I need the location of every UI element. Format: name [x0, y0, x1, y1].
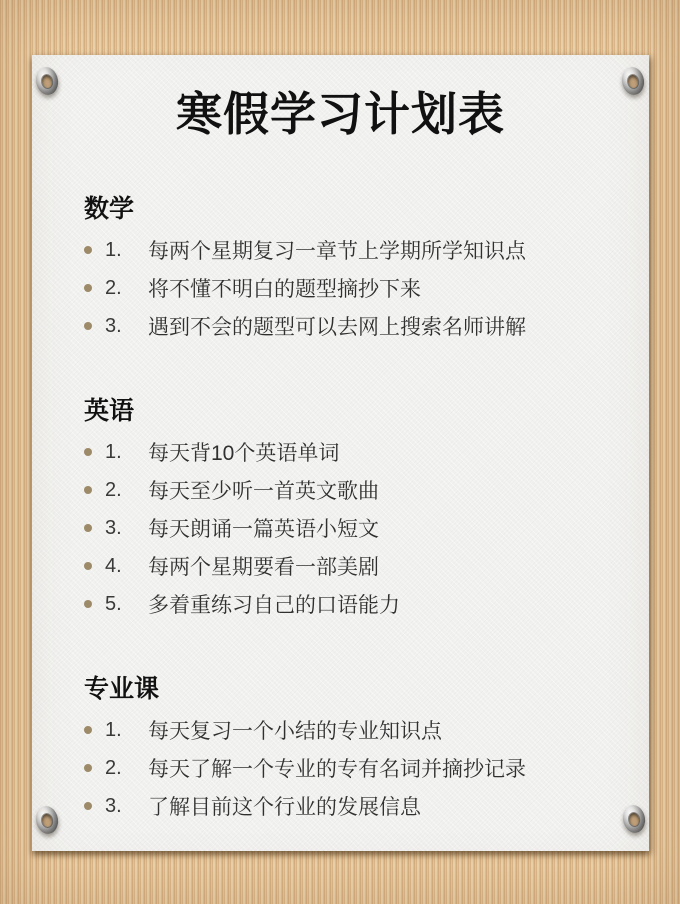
list-item: 2. 将不懂不明白的题型摘抄下来 — [84, 269, 613, 307]
item-text: 多着重练习自己的口语能力 — [148, 589, 400, 619]
item-number: 3. — [105, 315, 148, 338]
item-number: 1. — [105, 239, 148, 262]
item-text: 每两个星期复习一章节上学期所学知识点 — [148, 235, 526, 265]
item-text: 了解目前这个行业的发展信息 — [148, 791, 421, 821]
bullet-icon — [84, 726, 92, 734]
item-text: 每天至少听一首英文歌曲 — [148, 475, 379, 505]
plan-section: 英语 1. 每天背10个英语单词 2. 每天至少听一首英文歌曲 3. 每天朗诵一… — [84, 395, 613, 623]
list-item: 3. 了解目前这个行业的发展信息 — [84, 787, 613, 825]
item-number: 1. — [105, 441, 148, 464]
bullet-icon — [84, 524, 92, 532]
item-text: 每天朗诵一篇英语小短文 — [148, 513, 379, 543]
item-number: 3. — [105, 795, 148, 818]
item-text: 遇到不会的题型可以去网上搜索名师讲解 — [148, 311, 526, 341]
bullet-icon — [84, 322, 92, 330]
bullet-icon — [84, 246, 92, 254]
list-item: 4. 每两个星期要看一部美剧 — [84, 547, 613, 585]
item-text: 每天背10个英语单词 — [148, 437, 339, 467]
list-item: 1. 每两个星期复习一章节上学期所学知识点 — [84, 231, 613, 269]
section-list: 1. 每天背10个英语单词 2. 每天至少听一首英文歌曲 3. 每天朗诵一篇英语… — [84, 433, 613, 623]
list-item: 1. 每天复习一个小结的专业知识点 — [84, 711, 613, 749]
plan-paper-sheet: 寒假学习计划表 数学 1. 每两个星期复习一章节上学期所学知识点 2. 将不懂不… — [32, 55, 649, 851]
bullet-icon — [84, 764, 92, 772]
item-text: 每两个星期要看一部美剧 — [148, 551, 379, 581]
item-number: 4. — [105, 555, 148, 578]
bullet-icon — [84, 802, 92, 810]
page-title: 寒假学习计划表 — [32, 83, 649, 145]
bullet-icon — [84, 600, 92, 608]
section-heading: 英语 — [84, 395, 613, 427]
bullet-icon — [84, 448, 92, 456]
section-list: 1. 每天复习一个小结的专业知识点 2. 每天了解一个专业的专有名词并摘抄记录 … — [84, 711, 613, 825]
item-number: 1. — [105, 719, 148, 742]
list-item: 2. 每天至少听一首英文歌曲 — [84, 471, 613, 509]
bullet-icon — [84, 284, 92, 292]
list-item: 1. 每天背10个英语单词 — [84, 433, 613, 471]
list-item: 2. 每天了解一个专业的专有名词并摘抄记录 — [84, 749, 613, 787]
item-text: 将不懂不明白的题型摘抄下来 — [148, 273, 421, 303]
section-list: 1. 每两个星期复习一章节上学期所学知识点 2. 将不懂不明白的题型摘抄下来 3… — [84, 231, 613, 345]
list-item: 3. 每天朗诵一篇英语小短文 — [84, 509, 613, 547]
list-item: 5. 多着重练习自己的口语能力 — [84, 585, 613, 623]
item-number: 5. — [105, 593, 148, 616]
plan-section: 专业课 1. 每天复习一个小结的专业知识点 2. 每天了解一个专业的专有名词并摘… — [84, 673, 613, 825]
item-text: 每天复习一个小结的专业知识点 — [148, 715, 442, 745]
section-heading: 数学 — [84, 193, 613, 225]
item-number: 2. — [105, 277, 148, 300]
list-item: 3. 遇到不会的题型可以去网上搜索名师讲解 — [84, 307, 613, 345]
item-number: 2. — [105, 479, 148, 502]
plan-body: 数学 1. 每两个星期复习一章节上学期所学知识点 2. 将不懂不明白的题型摘抄下… — [32, 193, 649, 825]
plan-section: 数学 1. 每两个星期复习一章节上学期所学知识点 2. 将不懂不明白的题型摘抄下… — [84, 193, 613, 345]
bullet-icon — [84, 486, 92, 494]
item-number: 3. — [105, 517, 148, 540]
section-heading: 专业课 — [84, 673, 613, 705]
item-text: 每天了解一个专业的专有名词并摘抄记录 — [148, 753, 526, 783]
bullet-icon — [84, 562, 92, 570]
item-number: 2. — [105, 757, 148, 780]
